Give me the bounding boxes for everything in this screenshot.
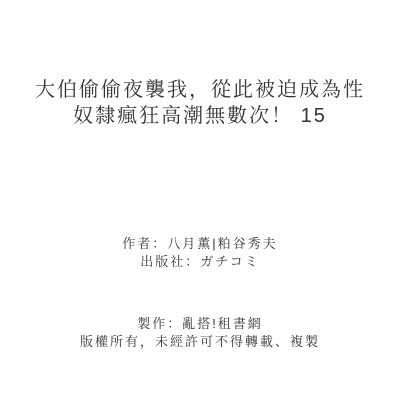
title-line-1: 大伯偷偷夜襲我，從此被迫成為性 [0,77,400,103]
footer-block: 製作：亂搭!租書網 版權所有，未經許可不得轉載、複製 [0,315,400,351]
credits-page: 大伯偷偷夜襲我，從此被迫成為性 奴隸瘋狂高潮無數次！ 15 作者：八月薫|粕谷秀… [0,0,400,400]
book-title: 大伯偷偷夜襲我，從此被迫成為性 奴隸瘋狂高潮無數次！ 15 [0,77,400,129]
copyright-line: 版權所有，未經許可不得轉載、複製 [0,333,400,351]
publisher-line: 出版社：ガチコミ [0,253,400,271]
author-line: 作者：八月薫|粕谷秀夫 [0,235,400,253]
credits-block: 作者：八月薫|粕谷秀夫 出版社：ガチコミ [0,235,400,271]
title-line-2: 奴隸瘋狂高潮無數次！ 15 [0,103,400,129]
production-line: 製作：亂搭!租書網 [0,315,400,333]
